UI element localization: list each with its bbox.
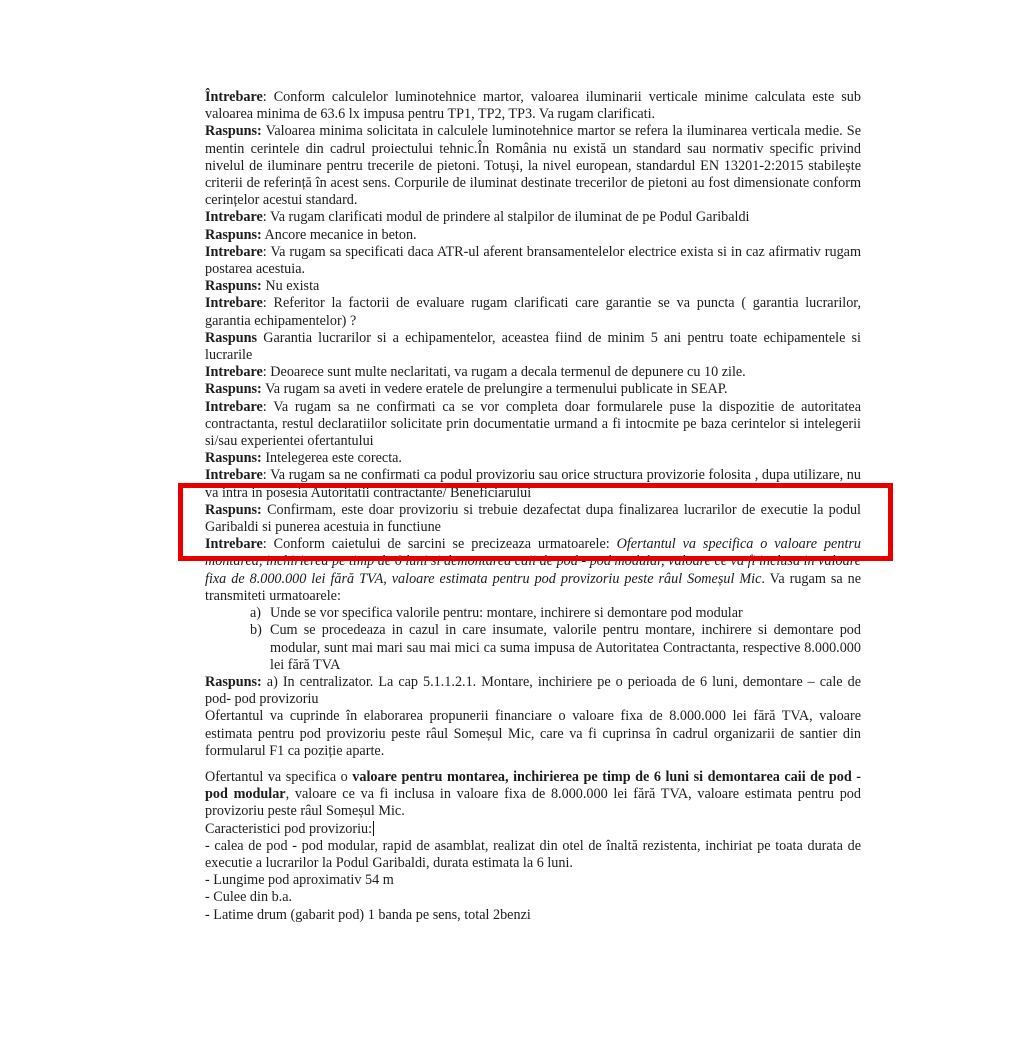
question-sublist: a)Unde se vor specifica valorile pentru:… xyxy=(205,605,861,674)
document-page: Întrebare: Conform calculelor luminotehn… xyxy=(205,89,861,924)
answer-label: Raspuns: xyxy=(205,123,262,139)
question-intro: : Conform caietului de sarcini se preciz… xyxy=(263,536,617,552)
question-text: : Va rugam clarificati modul de prindere… xyxy=(263,209,750,225)
sublist-item: a)Unde se vor specifica valorile pentru:… xyxy=(250,605,861,622)
answer-text: a) In centralizator. La cap 5.1.1.2.1. M… xyxy=(205,674,861,707)
answer-text: Va rugam sa aveti in vedere eratele de p… xyxy=(262,381,728,397)
answer: Raspuns: Ancore mecanice in beton. xyxy=(205,227,861,244)
question-label: Intrebare xyxy=(205,399,263,415)
question-text: : Va rugam sa ne confirmati ca se vor co… xyxy=(205,399,861,449)
question-label: Întrebare xyxy=(205,89,263,105)
sublist-marker: b) xyxy=(250,622,262,639)
answer-text: Nu exista xyxy=(262,278,320,294)
question: Intrebare: Deoarece sunt multe neclarita… xyxy=(205,364,861,381)
question-label: Intrebare xyxy=(205,209,263,225)
answer-label: Raspuns: xyxy=(205,227,262,243)
answer-label: Raspuns: xyxy=(205,450,262,466)
highlighted-answer: Raspuns: Confirmam, este doar provizoriu… xyxy=(205,502,861,536)
question: Intrebare: Va rugam sa ne confirmati ca … xyxy=(205,399,861,451)
question-label: Intrebare xyxy=(205,364,263,380)
question-label: Intrebare xyxy=(205,295,263,311)
question: Intrebare: Va rugam sa specificati daca … xyxy=(205,244,861,278)
answer: Raspuns Garantia lucrarilor si a echipam… xyxy=(205,330,861,364)
answer-text: Garantia lucrarilor si a echipamentelor,… xyxy=(205,330,861,363)
question-text: : Va rugam sa ne confirmati ca podul pro… xyxy=(205,467,861,500)
sublist-marker: a) xyxy=(250,605,261,622)
question-label: Intrebare xyxy=(205,467,263,483)
sublist-text: Cum se procedeaza in cazul in care insum… xyxy=(270,622,861,672)
answer-paragraph-text: Ofertantul va specifica o xyxy=(205,769,352,785)
highlighted-question: Intrebare: Va rugam sa ne confirmati ca … xyxy=(205,467,861,501)
answer-label: Raspuns: xyxy=(205,674,262,690)
answer-label: Raspuns xyxy=(205,330,257,346)
answer: Raspuns: Intelegerea este corecta. xyxy=(205,450,861,467)
spec-item: - calea de pod - pod modular, rapid de a… xyxy=(205,838,861,872)
answer-text: Intelegerea este corecta. xyxy=(262,450,402,466)
question-text: : Va rugam sa specificati daca ATR-ul af… xyxy=(205,244,861,277)
sublist-item: b)Cum se procedeaza in cazul in care ins… xyxy=(250,622,861,674)
answer-label: Raspuns: xyxy=(205,502,262,518)
question-text: : Conform calculelor luminotehnice marto… xyxy=(205,89,861,122)
specs-title-text: Caracteristici pod provizoriu: xyxy=(205,821,372,837)
answer-label: Raspuns: xyxy=(205,381,262,397)
answer: Raspuns: Nu exista xyxy=(205,278,861,295)
question-text: : Referitor la factorii de evaluare ruga… xyxy=(205,295,861,328)
answer-paragraph-text: , valoare ce va fi inclusa in valoare fi… xyxy=(205,786,861,819)
answer-text: Ancore mecanice in beton. xyxy=(262,227,417,243)
answer-paragraph: Ofertantul va specifica o valoare pentru… xyxy=(205,769,861,821)
question-text: : Deoarece sunt multe neclaritati, va ru… xyxy=(263,364,746,380)
question-label: Intrebare xyxy=(205,536,263,552)
question: Întrebare: Conform calculelor luminotehn… xyxy=(205,89,861,123)
spec-item: - Latime drum (gabarit pod) 1 banda pe s… xyxy=(205,907,861,924)
spec-item: - Culee din b.a. xyxy=(205,889,861,906)
question: Intrebare: Va rugam clarificati modul de… xyxy=(205,209,861,226)
question: Intrebare: Referitor la factorii de eval… xyxy=(205,295,861,329)
answer-paragraph: Ofertantul va cuprinde în elaborarea pro… xyxy=(205,708,861,760)
answer-text: Valoarea minima solicitata in calculele … xyxy=(205,123,861,208)
answer: Raspuns: a) In centralizator. La cap 5.1… xyxy=(205,674,861,708)
answer: Raspuns: Valoarea minima solicitata in c… xyxy=(205,123,861,209)
answer-text: Confirmam, este doar provizoriu si trebu… xyxy=(205,502,861,535)
text-cursor xyxy=(373,821,374,836)
answer-label: Raspuns: xyxy=(205,278,262,294)
specs-title: Caracteristici pod provizoriu: xyxy=(205,821,861,838)
spec-item: - Lungime pod aproximativ 54 m xyxy=(205,872,861,889)
answer: Raspuns: Va rugam sa aveti in vedere era… xyxy=(205,381,861,398)
question: Intrebare: Conform caietului de sarcini … xyxy=(205,536,861,605)
question-label: Intrebare xyxy=(205,244,263,260)
sublist-text: Unde se vor specifica valorile pentru: m… xyxy=(270,605,743,621)
